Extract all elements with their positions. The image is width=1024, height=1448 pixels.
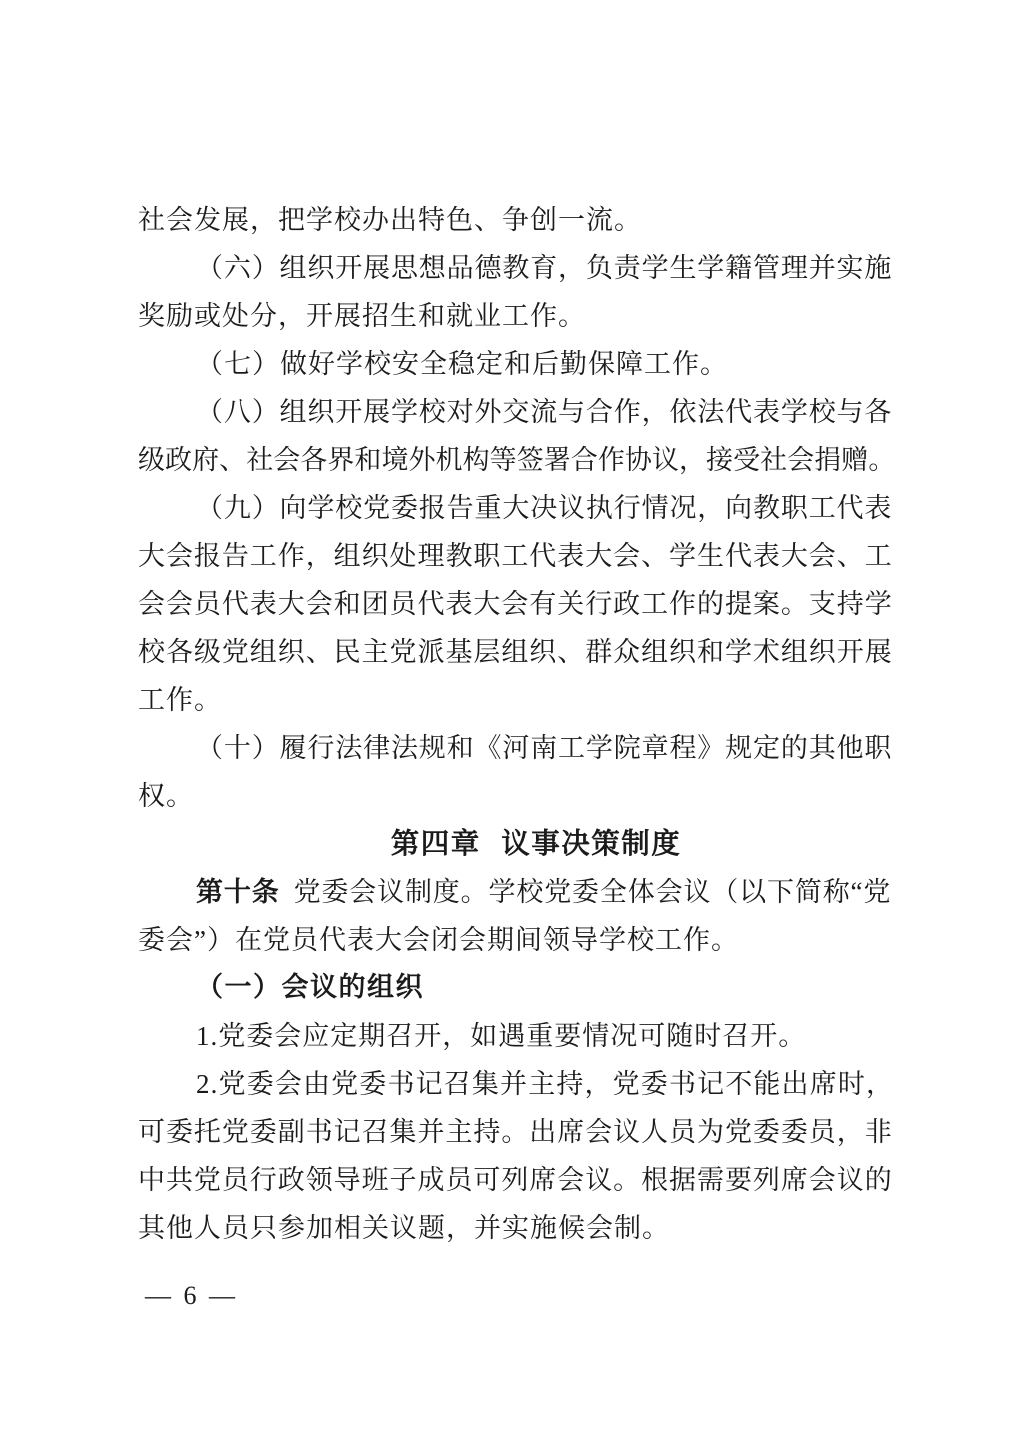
footer-page-number: — 6 —: [145, 1276, 238, 1316]
clause-ten-line: （十）履行法律法规和《河南工学院章程》规定的其他职: [138, 724, 892, 772]
text-line: 校各级党组织、民主党派基层组织、群众组织和学术组织开展: [138, 628, 892, 676]
article-ten-line: 第十条党委会议制度。学校党委全体会议（以下简称“党: [138, 868, 892, 916]
chapter-heading: 第四章 议事决策制度: [138, 820, 892, 868]
text-line: 其他人员只参加相关议题，并实施候会制。: [138, 1204, 892, 1252]
text-line: 权。: [138, 772, 892, 820]
article-text: 党委会议制度。学校党委全体会议（以下简称“党: [294, 877, 892, 907]
text-line: 可委托党委副书记召集并主持。出席会议人员为党委委员，非: [138, 1108, 892, 1156]
text-line: 大会报告工作，组织处理教职工代表大会、学生代表大会、工: [138, 532, 892, 580]
text-line: 奖励或处分，开展招生和就业工作。: [138, 292, 892, 340]
article-number: 第十条: [196, 877, 280, 907]
clause-nine-line: （九）向学校党委报告重大决议执行情况，向教职工代表: [138, 484, 892, 532]
section-one-subheading: （一）会议的组织: [138, 964, 892, 1012]
text-line: 工作。: [138, 676, 892, 724]
text-line: 中共党员行政领导班子成员可列席会议。根据需要列席会议的: [138, 1156, 892, 1204]
item-one-line: 1.党委会应定期召开，如遇重要情况可随时召开。: [138, 1012, 892, 1060]
clause-six-line: （六）组织开展思想品德教育，负责学生学籍管理并实施: [138, 244, 892, 292]
document-page: 社会发展，把学校办出特色、争创一流。 （六）组织开展思想品德教育，负责学生学籍管…: [0, 0, 1024, 1448]
text-line: 委会”）在党员代表大会闭会期间领导学校工作。: [138, 916, 892, 964]
text-line: 会会员代表大会和团员代表大会有关行政工作的提案。支持学: [138, 580, 892, 628]
text-line: 级政府、社会各界和境外机构等签署合作协议，接受社会捐赠。: [138, 436, 892, 484]
clause-seven-line: （七）做好学校安全稳定和后勤保障工作。: [138, 340, 892, 388]
item-two-line: 2.党委会由党委书记召集并主持，党委书记不能出席时，: [138, 1060, 892, 1108]
text-line: 社会发展，把学校办出特色、争创一流。: [138, 196, 892, 244]
document-body: 社会发展，把学校办出特色、争创一流。 （六）组织开展思想品德教育，负责学生学籍管…: [138, 196, 892, 1252]
clause-eight-line: （八）组织开展学校对外交流与合作，依法代表学校与各: [138, 388, 892, 436]
